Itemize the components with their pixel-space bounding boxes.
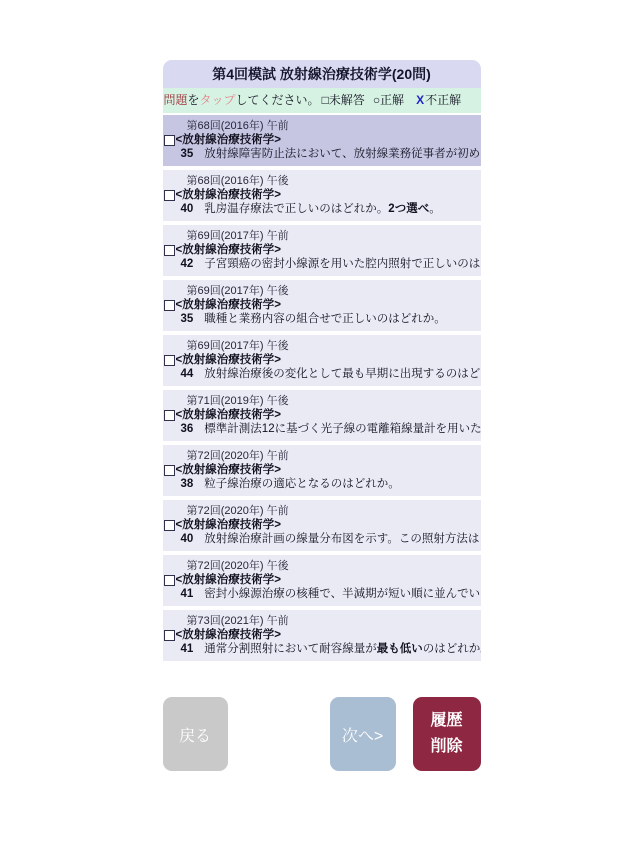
question-text-row: 40放射線治療計画の線量分布図を示す。この照射方法はどれ (163, 532, 481, 546)
back-button[interactable]: 戻る (163, 697, 228, 771)
unanswered-checkbox-icon (164, 245, 175, 256)
quiz-title: 第4回模試 放射線治療技術学(20問) (163, 60, 481, 88)
legend-correct: ○正解 (373, 93, 404, 107)
next-button[interactable]: 次へ> (330, 697, 396, 771)
subject-label: <放射線治療技術学> (176, 408, 281, 422)
subject-label: <放射線治療技術学> (176, 298, 281, 312)
instruction-particle: を (188, 93, 200, 107)
question-text-row: 41通常分割照射において耐容線量が最も低いのはどれか。 (163, 642, 481, 656)
question-text-emphasis: 2つ選べ (388, 203, 429, 215)
subject-label: <放射線治療技術学> (176, 133, 281, 147)
question-text-row: 38粒子線治療の適応となるのはどれか。 (163, 477, 481, 491)
question-number: 40 (181, 533, 194, 545)
question-item[interactable]: 第69回(2017年) 午前 <放射線治療技術学> 42子宮頸癌の密封小線源を用… (163, 225, 481, 276)
unanswered-checkbox-icon (164, 465, 175, 476)
exam-session-label: 第71回(2019年) 午後 (163, 394, 481, 408)
subject-row: <放射線治療技術学> (163, 628, 481, 642)
quiz-panel: 第4回模試 放射線治療技術学(20問) 問題をタップしてください。□未解答○正解… (163, 60, 481, 771)
instruction-word-question: 問題 (164, 93, 188, 107)
exam-session-label: 第73回(2021年) 午前 (163, 614, 481, 628)
question-text-suffix: のはどれか。 (423, 643, 481, 655)
instruction-bar: 問題をタップしてください。□未解答○正解X不正解 (163, 88, 481, 113)
question-text-emphasis: 最も低い (377, 643, 423, 655)
question-text-row: 35職種と業務内容の組合せで正しいのはどれか。 (163, 312, 481, 326)
question-number: 41 (181, 643, 194, 655)
unanswered-checkbox-icon (164, 630, 175, 641)
question-number: 41 (181, 588, 194, 600)
subject-label: <放射線治療技術学> (176, 463, 281, 477)
unanswered-checkbox-icon (164, 410, 175, 421)
question-text-row: 41密封小線源治療の核種で、半減期が短い順に並んでいるの (163, 587, 481, 601)
question-item[interactable]: 第72回(2020年) 午後 <放射線治療技術学> 41密封小線源治療の核種で、… (163, 555, 481, 606)
question-item[interactable]: 第72回(2020年) 午前 <放射線治療技術学> 40放射線治療計画の線量分布… (163, 500, 481, 551)
legend-incorrect-label: 不正解 (425, 93, 461, 107)
unanswered-checkbox-icon (164, 355, 175, 366)
question-number: 35 (181, 148, 194, 160)
question-text: 放射線治療計画の線量分布図を示す。この照射方法はどれ (204, 533, 480, 545)
question-text: 密封小線源治療の核種で、半減期が短い順に並んでいるの (204, 588, 480, 600)
question-number: 42 (181, 258, 194, 270)
instruction-rest: してください。 (236, 93, 320, 107)
question-number: 44 (181, 368, 194, 380)
unanswered-checkbox-icon (164, 300, 175, 311)
history-delete-button[interactable]: 履歴削除 (413, 697, 481, 771)
question-text: 標準計測法12に基づく光子線の電離箱線量計を用いた基 (204, 423, 480, 435)
question-text-row: 35放射線障害防止法において、放射線業務従事者が初めて管 (163, 147, 481, 161)
subject-row: <放射線治療技術学> (163, 573, 481, 587)
unanswered-checkbox-icon (164, 520, 175, 531)
subject-label: <放射線治療技術学> (176, 573, 281, 587)
question-text-row: 40乳房温存療法で正しいのはどれか。2つ選べ。 (163, 202, 481, 216)
question-text: 通常分割照射において耐容線量が (204, 643, 377, 655)
question-item[interactable]: 第69回(2017年) 午後 <放射線治療技術学> 44放射線治療後の変化として… (163, 335, 481, 386)
subject-row: <放射線治療技術学> (163, 133, 481, 147)
question-item[interactable]: 第68回(2016年) 午前 <放射線治療技術学> 35放射線障害防止法において… (163, 115, 481, 166)
instruction-word-tap: タップ (200, 93, 236, 107)
exam-session-label: 第72回(2020年) 午前 (163, 449, 481, 463)
question-text: 乳房温存療法で正しいのはどれか。 (204, 203, 388, 215)
question-text-row: 36標準計測法12に基づく光子線の電離箱線量計を用いた基 (163, 422, 481, 436)
subject-row: <放射線治療技術学> (163, 518, 481, 532)
exam-session-label: 第69回(2017年) 午後 (163, 339, 481, 353)
subject-row: <放射線治療技術学> (163, 463, 481, 477)
subject-label: <放射線治療技術学> (176, 628, 281, 642)
unanswered-checkbox-icon (164, 575, 175, 586)
question-text: 子宮頸癌の密封小線源を用いた腔内照射で正しいのはどれ (204, 258, 480, 270)
question-item[interactable]: 第72回(2020年) 午前 <放射線治療技術学> 38粒子線治療の適応となるの… (163, 445, 481, 496)
question-text-row: 42子宮頸癌の密封小線源を用いた腔内照射で正しいのはどれ (163, 257, 481, 271)
exam-session-label: 第69回(2017年) 午前 (163, 229, 481, 243)
legend-unanswered: □未解答 (322, 93, 365, 107)
question-item[interactable]: 第68回(2016年) 午後 <放射線治療技術学> 40乳房温存療法で正しいのは… (163, 170, 481, 221)
exam-session-label: 第68回(2016年) 午後 (163, 174, 481, 188)
subject-row: <放射線治療技術学> (163, 353, 481, 367)
question-item[interactable]: 第69回(2017年) 午後 <放射線治療技術学> 35職種と業務内容の組合せで… (163, 280, 481, 331)
question-text: 放射線障害防止法において、放射線業務従事者が初めて管 (204, 148, 480, 160)
question-text: 職種と業務内容の組合せで正しいのはどれか。 (204, 313, 446, 325)
exam-session-label: 第68回(2016年) 午前 (163, 119, 481, 133)
legend-incorrect-x-mark: X (416, 93, 424, 107)
question-item[interactable]: 第73回(2021年) 午前 <放射線治療技術学> 41通常分割照射において耐容… (163, 610, 481, 661)
question-text-suffix: 。 (429, 203, 441, 215)
exam-session-label: 第72回(2020年) 午後 (163, 559, 481, 573)
question-item[interactable]: 第71回(2019年) 午後 <放射線治療技術学> 36標準計測法12に基づく光… (163, 390, 481, 441)
subject-label: <放射線治療技術学> (176, 188, 281, 202)
question-text-row: 44放射線治療後の変化として最も早期に出現するのはどれか (163, 367, 481, 381)
unanswered-checkbox-icon (164, 190, 175, 201)
subject-label: <放射線治療技術学> (176, 353, 281, 367)
subject-row: <放射線治療技術学> (163, 188, 481, 202)
subject-label: <放射線治療技術学> (176, 518, 281, 532)
subject-row: <放射線治療技術学> (163, 298, 481, 312)
exam-session-label: 第72回(2020年) 午前 (163, 504, 481, 518)
history-delete-label-line2: 削除 (413, 734, 481, 760)
exam-session-label: 第69回(2017年) 午後 (163, 284, 481, 298)
question-text: 粒子線治療の適応となるのはどれか。 (204, 478, 400, 490)
question-number: 35 (181, 313, 194, 325)
subject-row: <放射線治療技術学> (163, 243, 481, 257)
question-number: 36 (181, 423, 194, 435)
subject-label: <放射線治療技術学> (176, 243, 281, 257)
subject-row: <放射線治療技術学> (163, 408, 481, 422)
question-text: 放射線治療後の変化として最も早期に出現するのはどれか (204, 368, 480, 380)
unanswered-checkbox-icon (164, 135, 175, 146)
history-delete-label-line1: 履歴 (413, 708, 481, 734)
question-list: 第68回(2016年) 午前 <放射線治療技術学> 35放射線障害防止法において… (163, 115, 481, 661)
question-number: 40 (181, 203, 194, 215)
button-row: 戻る 次へ> 履歴削除 (163, 697, 481, 771)
question-number: 38 (181, 478, 194, 490)
